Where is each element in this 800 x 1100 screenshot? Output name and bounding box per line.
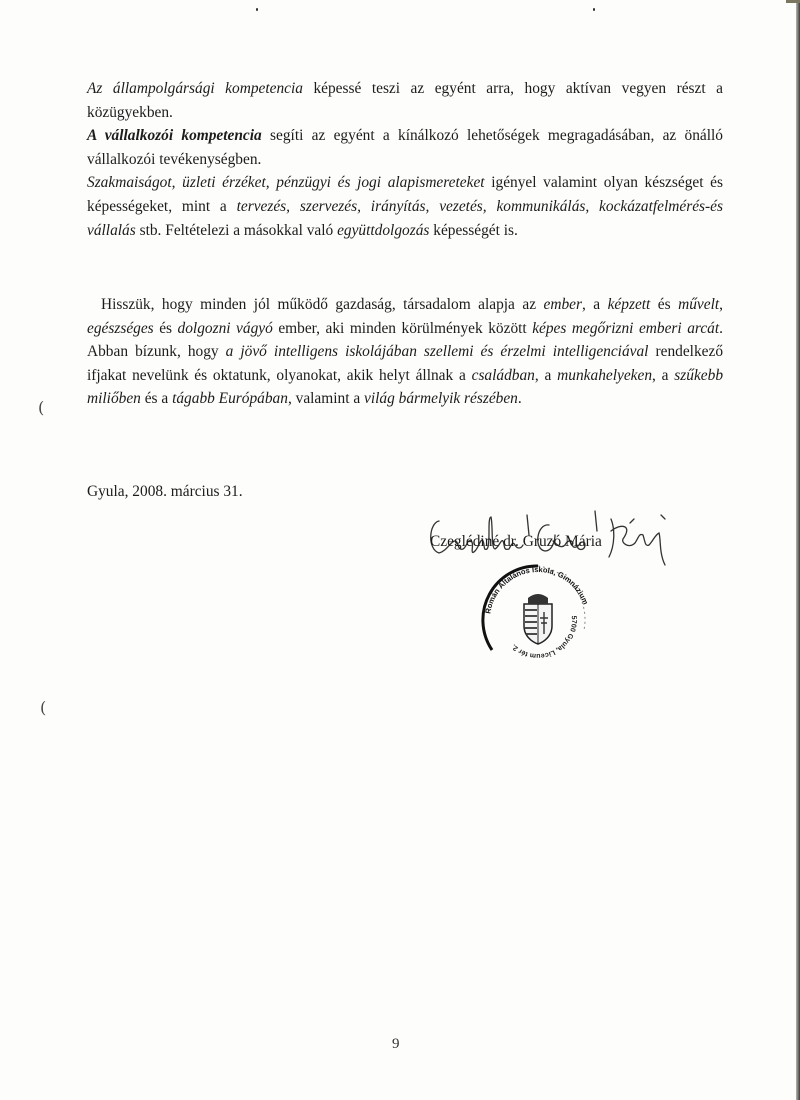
text-block-competencies: Az állampolgársági kompetencia képessé t… [87,77,723,242]
scan-edge-top [786,0,800,3]
scan-speck [593,8,595,11]
margin-mark: ( [40,698,46,717]
official-stamp: Román Általános Iskola, Gimnázium 5700 G… [478,560,598,680]
paragraph-skills: Szakmaiságot, üzleti érzéket, pénzügyi é… [87,171,723,242]
scan-edge [796,0,800,1100]
paragraph-entrepreneurial-competence: A vállalkozói kompetencia segíti az egyé… [87,124,723,171]
date-line: Gyula, 2008. március 31. [87,483,243,501]
page-number: 9 [392,1036,400,1053]
scan-speck [256,8,258,11]
signer-name: Czeglédiné dr. Gruzó Mária [430,533,602,551]
text-block-mission: Hisszük, hogy minden jól működő gazdaság… [87,293,723,411]
paragraph-civic-competence: Az állampolgársági kompetencia képessé t… [87,77,723,124]
margin-mark: ( [38,398,44,417]
paragraph-mission: Hisszük, hogy minden jól működő gazdaság… [87,293,723,411]
coat-of-arms-icon [524,594,552,644]
